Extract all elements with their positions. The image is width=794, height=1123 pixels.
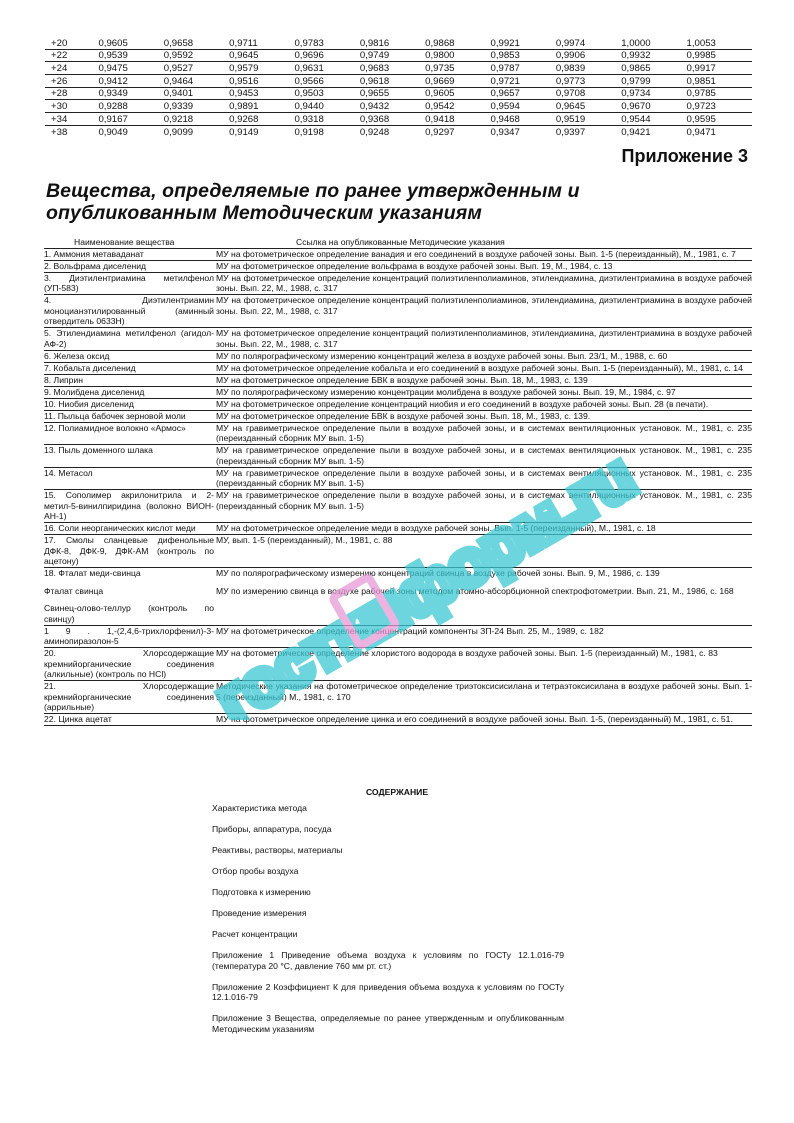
coefficient-cell: 0,9594: [491, 100, 556, 113]
method-reference: МУ на фотометрическое определение концен…: [216, 625, 752, 648]
coefficient-cell: 0,9645: [556, 100, 621, 113]
substance-name: Фталат свинца: [44, 586, 216, 604]
coefficient-cell: 0,9723: [687, 100, 752, 113]
coefficient-cell: 0,9519: [556, 113, 621, 126]
method-reference: МУ на гравиметрическое определение пыли …: [216, 467, 752, 490]
substance-name: 9. Молибдена диселенид: [44, 386, 216, 398]
table-row: Фталат свинцаМУ по измерению свинца в во…: [44, 586, 752, 604]
table-row: 2. Вольфрама диселенидМУ на фотометричес…: [44, 260, 752, 272]
coefficient-cell: 0,9527: [164, 62, 229, 75]
coefficient-cell: 0,9708: [556, 87, 621, 100]
table-row: 5. Этилендиамина метилфенол (агидол-АФ-2…: [44, 328, 752, 351]
method-reference: МУ по полярографическому измерению конце…: [216, 350, 752, 362]
coefficient-cell: 0,9149: [229, 125, 294, 137]
substance-name: 17. Смолы сланцевые дифенольные ДФК-8, Д…: [44, 535, 216, 568]
table-row: 14. МетасолМУ на гравиметрическое опреде…: [44, 467, 752, 490]
coefficient-cell: 0,9412: [98, 75, 163, 88]
contents-item: Приложение 2 Коэффициент К для приведени…: [212, 982, 564, 1003]
coefficient-cell: 0,9167: [98, 113, 163, 126]
table-row: +260,94120,94640,95160,95660,96180,96690…: [45, 75, 752, 88]
coefficient-cell: 0,9198: [294, 125, 359, 137]
table-row: 3. Диэтилентриамина метилфенол (УП-583)М…: [44, 272, 752, 295]
temperature-cell: +28: [45, 87, 98, 100]
table-row: +200,96050,96580,97110,97830,98160,98680…: [45, 37, 752, 49]
coefficient-cell: 0,9544: [621, 113, 686, 126]
header-reference: Ссылка на опубликованные Методические ук…: [216, 237, 752, 248]
coefficient-cell: 0,9288: [98, 100, 163, 113]
coefficient-cell: 0,9453: [229, 87, 294, 100]
coefficient-table: +200,96050,96580,97110,97830,98160,98680…: [45, 37, 752, 138]
coefficient-cell: 0,9645: [229, 49, 294, 62]
table-row: 16. Соли неорганических кислот медиМУ на…: [44, 523, 752, 535]
coefficient-cell: 0,9655: [360, 87, 425, 100]
coefficient-cell: 0,9906: [556, 49, 621, 62]
coefficient-cell: 0,9421: [621, 125, 686, 137]
contents-item: Приборы, аппаратура, посуда: [212, 824, 564, 835]
substance-name: 5. Этилендиамина метилфенол (агидол-АФ-2…: [44, 328, 216, 351]
table-row: 10. Ниобия диселенидМУ на фотометрическо…: [44, 398, 752, 410]
method-reference: МУ на фотометрическое определение хлорис…: [216, 648, 752, 681]
method-reference: МУ на фотометрическое определение концен…: [216, 398, 752, 410]
temperature-cell: +30: [45, 100, 98, 113]
coefficient-cell: 0,9347: [491, 125, 556, 137]
contents-item: Расчет концентрации: [212, 929, 564, 940]
temperature-cell: +26: [45, 75, 98, 88]
coefficient-cell: 0,9853: [491, 49, 556, 62]
substance-name: 4. Диэтилентриамин моноцианэтилированный…: [44, 295, 216, 328]
coefficient-cell: 0,9401: [164, 87, 229, 100]
coefficient-cell: 0,9787: [491, 62, 556, 75]
substance-name: 8. Липрин: [44, 374, 216, 386]
substance-name: 21. Хлорсодержащие кремнийорганические с…: [44, 681, 216, 714]
coefficient-cell: 0,9749: [360, 49, 425, 62]
coefficient-cell: 0,9566: [294, 75, 359, 88]
coefficient-cell: 0,9475: [98, 62, 163, 75]
substance-name: 6. Железа оксид: [44, 350, 216, 362]
substance-name: 16. Соли неорганических кислот меди: [44, 523, 216, 535]
method-reference: Методические указания на фотометрическое…: [216, 681, 752, 714]
contents-item: Характеристика метода: [212, 803, 564, 814]
coefficient-cell: 0,9418: [425, 113, 490, 126]
temperature-cell: +24: [45, 62, 98, 75]
coefficient-cell: 0,9440: [294, 100, 359, 113]
coefficient-cell: 0,9785: [687, 87, 752, 100]
coefficient-cell: 0,9471: [687, 125, 752, 137]
coefficient-cell: 0,9868: [425, 37, 490, 49]
coefficient-cell: 0,9985: [687, 49, 752, 62]
coefficient-cell: 0,9932: [621, 49, 686, 62]
header-substance-name: Наименование вещества: [44, 237, 216, 248]
coefficient-cell: 0,9049: [98, 125, 163, 137]
coefficient-cell: 0,9297: [425, 125, 490, 137]
coefficient-cell: 0,9734: [621, 87, 686, 100]
coefficient-cell: 0,9099: [164, 125, 229, 137]
table-row: +220,95390,95920,96450,96960,97490,98000…: [45, 49, 752, 62]
coefficient-cell: 0,9917: [687, 62, 752, 75]
method-reference: МУ на гравиметрическое определение пыли …: [216, 422, 752, 445]
substance-name: 11. Пыльца бабочек зерновой моли: [44, 410, 216, 422]
method-reference: МУ на фотометрическое определение концен…: [216, 295, 752, 328]
table-row: +340,91670,92180,92680,93180,93680,94180…: [45, 113, 752, 126]
method-reference: МУ на фотометрическое определение меди в…: [216, 523, 752, 535]
method-reference: МУ на фотометрическое определение БВК в …: [216, 410, 752, 422]
table-row: 4. Диэтилентриамин моноцианэтилированный…: [44, 295, 752, 328]
contents-item: Подготовка к измерению: [212, 887, 564, 898]
contents-title: СОДЕРЖАНИЕ: [0, 787, 794, 797]
substance-name: 12. Полиамидное волокно «Армос»: [44, 422, 216, 445]
table-row: +380,90490,90990,91490,91980,92480,92970…: [45, 125, 752, 137]
coefficient-cell: 0,9839: [556, 62, 621, 75]
contents-item: Реактивы, растворы, материалы: [212, 845, 564, 856]
substance-name: 18. Фталат меди-свинца: [44, 568, 216, 586]
table-row: 6. Железа оксидМУ по полярографическому …: [44, 350, 752, 362]
table-row: Свинец-олово-теллур (контроль по свинцу): [44, 603, 752, 625]
contents-item: Приложение 3 Вещества, определяемые по р…: [212, 1013, 564, 1034]
method-reference: МУ на гравиметрическое определение пыли …: [216, 445, 752, 468]
coefficient-cell: 0,9464: [164, 75, 229, 88]
method-reference: МУ на фотометрическое определение цинка …: [216, 714, 752, 726]
coefficient-cell: 0,9799: [621, 75, 686, 88]
contents-list: Характеристика методаПриборы, аппаратура…: [212, 803, 564, 1045]
coefficient-cell: 1,0053: [687, 37, 752, 49]
coefficient-cell: 0,9670: [621, 100, 686, 113]
contents-item: Отбор пробы воздуха: [212, 866, 564, 877]
method-reference: МУ, вып. 1-5 (переизданный), М., 1981, с…: [216, 535, 752, 568]
contents-item: Проведение измерения: [212, 908, 564, 919]
method-reference: МУ по полярографическому измерению конце…: [216, 568, 752, 586]
substance-name: 3. Диэтилентриамина метилфенол (УП-583): [44, 272, 216, 295]
substance-name: 2. Вольфрама диселенид: [44, 260, 216, 272]
table-row: 15. Сополимер акрилонитрила и 2-метил-5-…: [44, 490, 752, 523]
coefficient-cell: 0,9974: [556, 37, 621, 49]
table-row: 9. Молибдена диселенидМУ по полярографич…: [44, 386, 752, 398]
method-reference: МУ на фотометрическое определение концен…: [216, 272, 752, 295]
coefficient-cell: 0,9595: [687, 113, 752, 126]
method-reference: МУ на фотометрическое определение ванади…: [216, 248, 752, 260]
table-row: 21. Хлорсодержащие кремнийорганические с…: [44, 681, 752, 714]
coefficient-cell: 0,9432: [360, 100, 425, 113]
coefficient-cell: 0,9605: [425, 87, 490, 100]
coefficient-cell: 0,9618: [360, 75, 425, 88]
substance-name: 13. Пыль доменного шлака: [44, 445, 216, 468]
method-reference: МУ на гравиметрическое определение пыли …: [216, 490, 752, 523]
coefficient-cell: 0,9683: [360, 62, 425, 75]
table-row: +280,93490,94010,94530,95030,96550,96050…: [45, 87, 752, 100]
coefficient-cell: 0,9592: [164, 49, 229, 62]
coefficient-cell: 0,9669: [425, 75, 490, 88]
method-reference: МУ на фотометрическое определение вольфр…: [216, 260, 752, 272]
coefficient-cell: 0,9783: [294, 37, 359, 49]
coefficient-cell: 0,9397: [556, 125, 621, 137]
table-row: 1 9 . 1,-(2,4,6-трихлорфенил)-3-аминопир…: [44, 625, 752, 648]
coefficient-cell: 0,9800: [425, 49, 490, 62]
coefficient-cell: 0,9542: [425, 100, 490, 113]
coefficient-cell: 0,9891: [229, 100, 294, 113]
substance-name: 22. Цинка ацетат: [44, 714, 216, 726]
substance-name: 1. Аммония метаваданат: [44, 248, 216, 260]
coefficient-cell: 0,9339: [164, 100, 229, 113]
method-reference: МУ по измерению свинца в воздухе рабочей…: [216, 586, 752, 604]
substance-name: 7. Кобальта диселенид: [44, 362, 216, 374]
table-row: 13. Пыль доменного шлакаМУ на гравиметри…: [44, 445, 752, 468]
page-title: Вещества, определяемые по ранее утвержде…: [46, 180, 752, 224]
coefficient-cell: 0,9516: [229, 75, 294, 88]
temperature-cell: +34: [45, 113, 98, 126]
table-row: 12. Полиамидное волокно «Армос»МУ на гра…: [44, 422, 752, 445]
substance-name: 15. Сополимер акрилонитрила и 2-метил-5-…: [44, 490, 216, 523]
table-row: 22. Цинка ацетатМУ на фотометрическое оп…: [44, 714, 752, 726]
substance-name: 1 9 . 1,-(2,4,6-трихлорфенил)-3-аминопир…: [44, 625, 216, 648]
table-row: 1. Аммония метаваданатМУ на фотометричес…: [44, 248, 752, 260]
coefficient-cell: 1,0000: [621, 37, 686, 49]
coefficient-cell: 0,9851: [687, 75, 752, 88]
contents-item: Приложение 1 Приведение объема воздуха к…: [212, 950, 564, 971]
temperature-cell: +22: [45, 49, 98, 62]
coefficient-cell: 0,9696: [294, 49, 359, 62]
coefficient-cell: 0,9468: [491, 113, 556, 126]
coefficient-cell: 0,9657: [491, 87, 556, 100]
coefficient-cell: 0,9711: [229, 37, 294, 49]
coefficient-cell: 0,9773: [556, 75, 621, 88]
coefficient-cell: 0,9318: [294, 113, 359, 126]
substance-name: 14. Метасол: [44, 467, 216, 490]
method-reference: МУ на фотометрическое определение концен…: [216, 328, 752, 351]
table-row: 17. Смолы сланцевые дифенольные ДФК-8, Д…: [44, 535, 752, 568]
appendix-label: Приложение 3: [622, 146, 748, 167]
method-reference: [216, 603, 752, 625]
table-row: 7. Кобальта диселенидМУ на фотометрическ…: [44, 362, 752, 374]
coefficient-cell: 0,9816: [360, 37, 425, 49]
coefficient-cell: 0,9735: [425, 62, 490, 75]
coefficient-cell: 0,9248: [360, 125, 425, 137]
coefficient-cell: 0,9539: [98, 49, 163, 62]
table-row: +300,92880,93390,98910,94400,94320,95420…: [45, 100, 752, 113]
coefficient-cell: 0,9218: [164, 113, 229, 126]
table-row: 18. Фталат меди-свинцаМУ по полярографич…: [44, 568, 752, 586]
substance-name: 20. Хлорсодержащие кремнийорганические с…: [44, 648, 216, 681]
coefficient-cell: 0,9268: [229, 113, 294, 126]
coefficient-cell: 0,9631: [294, 62, 359, 75]
coefficient-cell: 0,9368: [360, 113, 425, 126]
coefficient-cell: 0,9921: [491, 37, 556, 49]
coefficient-cell: 0,9721: [491, 75, 556, 88]
substance-name: 10. Ниобия диселенид: [44, 398, 216, 410]
method-reference: МУ на фотометрическое определение кобаль…: [216, 362, 752, 374]
coefficient-cell: 0,9579: [229, 62, 294, 75]
table-row: +240,94750,95270,95790,96310,96830,97350…: [45, 62, 752, 75]
coefficient-cell: 0,9605: [98, 37, 163, 49]
table-row: 8. ЛипринМУ на фотометрическое определен…: [44, 374, 752, 386]
coefficient-cell: 0,9865: [621, 62, 686, 75]
coefficient-cell: 0,9349: [98, 87, 163, 100]
table-row: 20. Хлорсодержащие кремнийорганические с…: [44, 648, 752, 681]
table-row: 11. Пыльца бабочек зерновой молиМУ на фо…: [44, 410, 752, 422]
substance-name: Свинец-олово-теллур (контроль по свинцу): [44, 603, 216, 625]
coefficient-cell: 0,9658: [164, 37, 229, 49]
temperature-cell: +20: [45, 37, 98, 49]
method-reference: МУ на фотометрическое определение БВК в …: [216, 374, 752, 386]
substances-table: Наименование вещества Ссылка на опублико…: [44, 237, 752, 726]
coefficient-cell: 0,9503: [294, 87, 359, 100]
temperature-cell: +38: [45, 125, 98, 137]
method-reference: МУ по полярографическому измерению конце…: [216, 386, 752, 398]
